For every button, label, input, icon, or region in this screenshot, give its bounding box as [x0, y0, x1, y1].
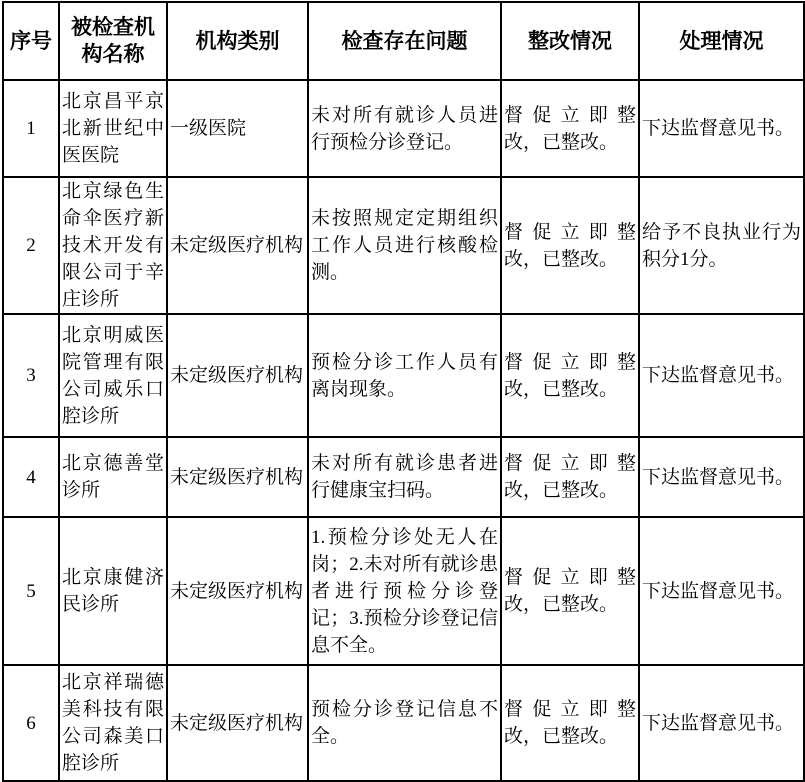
- cell-rectification: 督促立即整改，已整改。: [501, 80, 639, 177]
- cell-institution-type: 未定级医疗机构: [167, 517, 308, 665]
- header-serial-number: 序号: [3, 2, 59, 80]
- cell-institution-type: 未定级医疗机构: [167, 437, 308, 517]
- cell-handling: 下达监督意见书。: [639, 314, 804, 437]
- cell-serial-number: 5: [3, 517, 59, 665]
- table-row: 6 北京祥瑞德美科技有限公司森美口腔诊所 未定级医疗机构 预检分诊登记信息不全。…: [3, 665, 804, 781]
- table-row: 2 北京绿色生命伞医疗新技术开发有限公司于辛庄诊所 未定级医疗机构 未按照规定定…: [3, 177, 804, 314]
- cell-institution-type: 未定级医疗机构: [167, 314, 308, 437]
- cell-problems: 未对所有就诊人员进行预检分诊登记。: [308, 80, 501, 177]
- cell-handling: 下达监督意见书。: [639, 437, 804, 517]
- cell-problems: 1.预检分诊处无人在岗；2.未对所有就诊患者进行预检分诊登记；3.预检分诊登记信…: [308, 517, 501, 665]
- cell-handling: 给予不良执业行为积分1分。: [639, 177, 804, 314]
- cell-handling: 下达监督意见书。: [639, 665, 804, 781]
- cell-institution-type: 未定级医疗机构: [167, 177, 308, 314]
- cell-serial-number: 4: [3, 437, 59, 517]
- cell-rectification: 督促立即整改，已整改。: [501, 665, 639, 781]
- cell-institution-name: 北京绿色生命伞医疗新技术开发有限公司于辛庄诊所: [59, 177, 167, 314]
- cell-institution-name: 北京祥瑞德美科技有限公司森美口腔诊所: [59, 665, 167, 781]
- cell-rectification: 督促立即整改，已整改。: [501, 177, 639, 314]
- cell-institution-name: 北京康健济民诊所: [59, 517, 167, 665]
- header-institution-name: 被检查机构名称: [59, 2, 167, 80]
- cell-serial-number: 3: [3, 314, 59, 437]
- header-institution-type: 机构类别: [167, 2, 308, 80]
- table-row: 3 北京明威医院管理有限公司威乐口腔诊所 未定级医疗机构 预检分诊工作人员有离岗…: [3, 314, 804, 437]
- cell-institution-name: 北京德善堂诊所: [59, 437, 167, 517]
- cell-serial-number: 1: [3, 80, 59, 177]
- cell-serial-number: 6: [3, 665, 59, 781]
- cell-rectification: 督促立即整改，已整改。: [501, 517, 639, 665]
- cell-handling: 下达监督意见书。: [639, 517, 804, 665]
- inspection-results-table: 序号 被检查机构名称 机构类别 检查存在问题 整改情况 处理情况 1 北京昌平京…: [2, 1, 805, 782]
- table-row: 4 北京德善堂诊所 未定级医疗机构 未对所有就诊患者进行健康宝扫码。 督促立即整…: [3, 437, 804, 517]
- cell-rectification: 督促立即整改，已整改。: [501, 437, 639, 517]
- cell-problems: 预检分诊工作人员有离岗现象。: [308, 314, 501, 437]
- cell-problems: 预检分诊登记信息不全。: [308, 665, 501, 781]
- cell-institution-name: 北京明威医院管理有限公司威乐口腔诊所: [59, 314, 167, 437]
- cell-serial-number: 2: [3, 177, 59, 314]
- cell-problems: 未按照规定定期组织工作人员进行核酸检测。: [308, 177, 501, 314]
- cell-handling: 下达监督意见书。: [639, 80, 804, 177]
- table-header-row: 序号 被检查机构名称 机构类别 检查存在问题 整改情况 处理情况: [3, 2, 804, 80]
- cell-institution-type: 未定级医疗机构: [167, 665, 308, 781]
- header-problems-found: 检查存在问题: [308, 2, 501, 80]
- table-row: 5 北京康健济民诊所 未定级医疗机构 1.预检分诊处无人在岗；2.未对所有就诊患…: [3, 517, 804, 665]
- cell-rectification: 督促立即整改，已整改。: [501, 314, 639, 437]
- cell-institution-name: 北京昌平京北新世纪中医医院: [59, 80, 167, 177]
- header-handling-status: 处理情况: [639, 2, 804, 80]
- header-rectification-status: 整改情况: [501, 2, 639, 80]
- table-row: 1 北京昌平京北新世纪中医医院 一级医院 未对所有就诊人员进行预检分诊登记。 督…: [3, 80, 804, 177]
- cell-problems: 未对所有就诊患者进行健康宝扫码。: [308, 437, 501, 517]
- cell-institution-type: 一级医院: [167, 80, 308, 177]
